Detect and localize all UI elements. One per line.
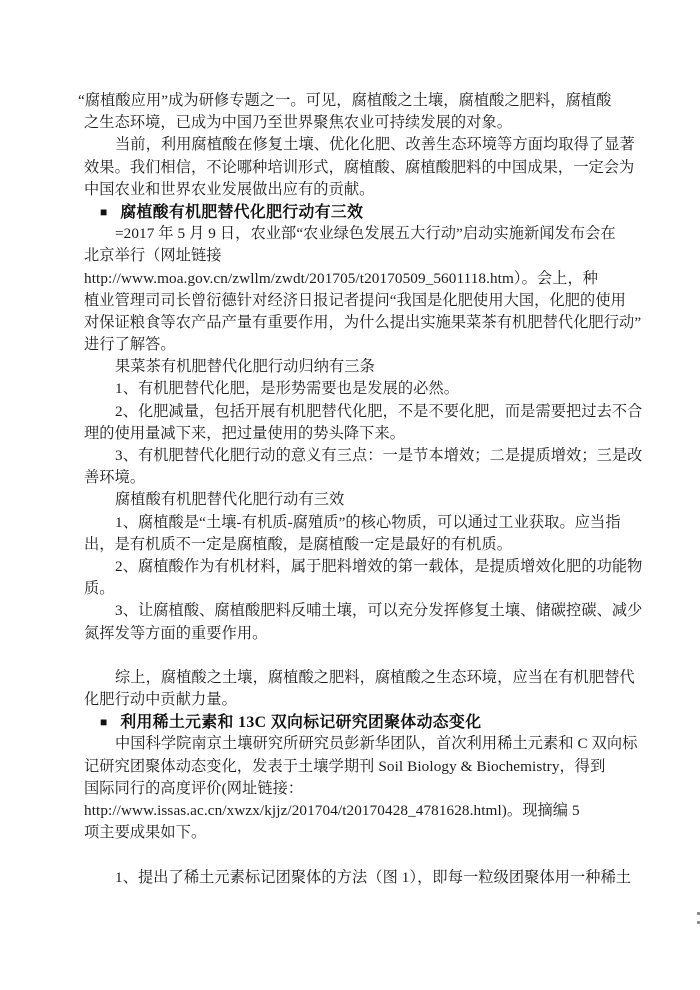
paragraph-line: http://www.moa.gov.cn/zwllm/zwdt/201705/… <box>84 268 618 290</box>
paragraph-line: 3、有机肥替代化肥行动的意义有三点：一是节本增效；二是提质增效；三是改 <box>84 445 618 467</box>
paragraph-line: 2、腐植酸作为有机材料，属于肥料增效的第一载体，是提质增效化肥的功能物 <box>84 556 618 578</box>
paragraph-line: 1、提出了稀土元素标记团聚体的方法（图 1），即每一粒级团聚体用一种稀土 <box>84 867 618 889</box>
section-heading: ■腐植酸有机肥替代化肥行动有三效 <box>84 201 618 223</box>
paragraph-line: 氮挥发等方面的重要作用。 <box>84 623 618 645</box>
heading-bullet-icon: ■ <box>100 201 107 223</box>
section-heading-text: 腐植酸有机肥替代化肥行动有三效 <box>120 204 363 221</box>
section-heading-text: 利用稀土元素和 13C 双向标记研究团聚体动态变化 <box>120 714 481 731</box>
paragraph-line: 善环境。 <box>84 467 618 489</box>
paragraph-line: 效果。我们相信，不论哪种培训形式，腐植酸、腐植酸肥料的中国成果，一定会为 <box>84 157 618 179</box>
paragraph-line: 1、腐植酸是“土壤-有机质-腐殖质”的核心物质，可以通过工业获取。应当指 <box>84 512 618 534</box>
paragraph-line: 当前，利用腐植酸在修复土壤、优化化肥、改善生态环境等方面均取得了显著 <box>84 134 618 156</box>
heading-bullet-icon: ■ <box>100 711 107 733</box>
paragraph-line: 北京举行（网址链接 <box>84 245 618 267</box>
paragraph-line: 化肥行动中贡献力量。 <box>84 689 618 711</box>
paragraph-line: 1、有机肥替代化肥，是形势需要也是发展的必然。 <box>84 378 618 400</box>
document-page: “腐植酸应用”成为研修专题之一。可见，腐植酸之土壤，腐植酸之肥料，腐植酸之生态环… <box>0 0 700 990</box>
paragraph-line: 腐植酸有机肥替代化肥行动有三效 <box>84 489 618 511</box>
paragraph-line: 对保证粮食等农产品产量有重要作用，为什么提出实施果菜茶有机肥替代化肥行动” <box>84 312 618 334</box>
paragraph-line: 植业管理司司长曾衍德针对经济日报记者提问“我国是化肥使用大国，化肥的使用 <box>84 290 618 312</box>
paragraph-line: 之生态环境，已成为中国乃至世界聚焦农业可持续发展的对象。 <box>84 112 618 134</box>
paragraph-line: 项主要成果如下。 <box>84 822 618 844</box>
paragraph-line: 质。 <box>84 578 618 600</box>
section-heading: ■利用稀土元素和 13C 双向标记研究团聚体动态变化 <box>84 711 618 733</box>
paragraph-line: 2、化肥减量，包括开展有机肥替代化肥，不是不要化肥，而是需要把过去不合 <box>84 401 618 423</box>
paragraph-line: 综上，腐植酸之土壤，腐植酸之肥料，腐植酸之生态环境，应当在有机肥替代 <box>84 667 618 689</box>
paragraph-line: 出，是有机质不一定是腐植酸，是腐植酸一定是最好的有机质。 <box>84 534 618 556</box>
paragraph-line: http://www.issas.ac.cn/xwzx/kjjz/201704/… <box>84 800 618 822</box>
blank-line <box>84 844 618 866</box>
document-text-block: “腐植酸应用”成为研修专题之一。可见，腐植酸之土壤，腐植酸之肥料，腐植酸之生态环… <box>84 90 618 889</box>
paragraph-line: 中国科学院南京土壤研究所研究员彭新华团队，首次利用稀土元素和 C 双向标 <box>84 733 618 755</box>
paragraph-line: 进行了解答。 <box>84 334 618 356</box>
paragraph-line: 国际同行的高度评价(网址链接： <box>84 778 618 800</box>
paragraph-line: 果菜茶有机肥替代化肥行动归纳有三条 <box>84 356 618 378</box>
paragraph-line: 3、让腐植酸、腐植酸肥料反哺土壤，可以充分发挥修复土壤、储碳控碳、减少 <box>84 600 618 622</box>
paragraph-line: 理的使用量减下来，把过量使用的势头降下来。 <box>84 423 618 445</box>
paragraph-line: “腐植酸应用”成为研修专题之一。可见，腐植酸之土壤，腐植酸之肥料，腐植酸 <box>78 90 618 112</box>
paragraph-line: =2017 年 5 月 9 日，农业部“农业绿色发展五大行动”启动实施新闻发布会… <box>84 223 618 245</box>
paragraph-line: 中国农业和世界农业发展做出应有的贡献。 <box>84 179 618 201</box>
blank-line <box>84 645 618 667</box>
paragraph-line: 记研究团聚体动态变化，发表于土壤学期刊 Soil Biology & Bioch… <box>84 756 618 778</box>
